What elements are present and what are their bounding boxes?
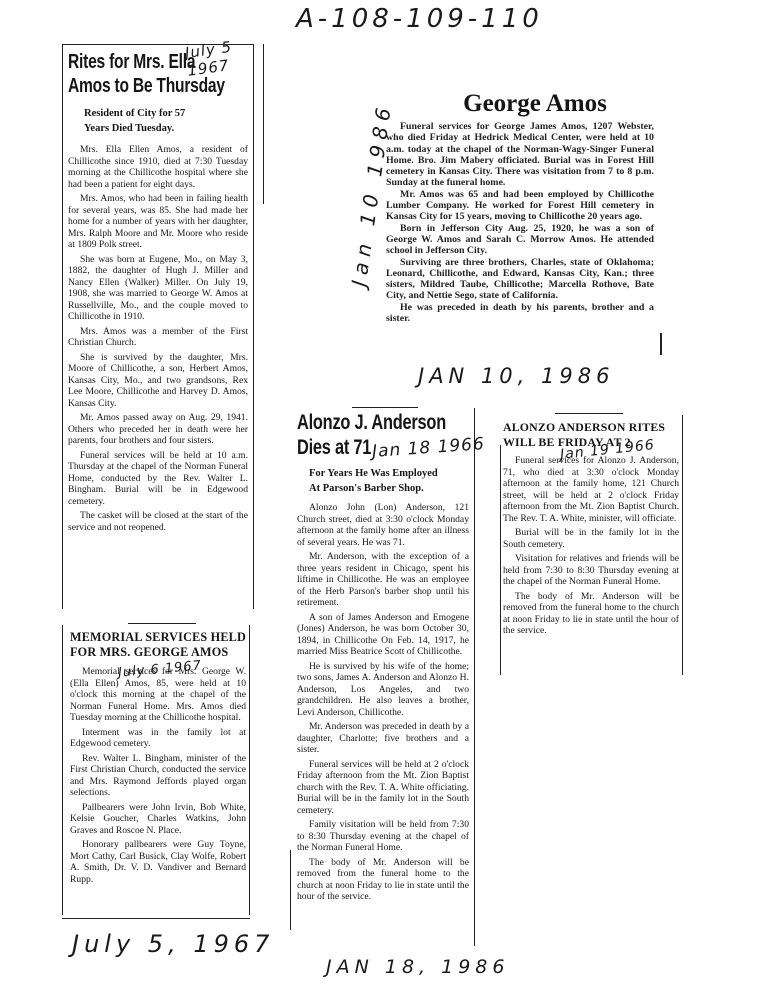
clip-border-left — [290, 850, 291, 930]
handwritten-date-ella-bottom: July 5, 1967 — [72, 930, 274, 958]
george-amos-paragraph: Mr. Amos was 65 and had been employed by… — [386, 189, 654, 223]
george-amos-clipping: George Amos Funeral services for George … — [386, 90, 654, 324]
alonzo-paragraph: A son of James Anderson and Emogene (Jon… — [297, 612, 469, 658]
alonzo-paragraph: Funeral services will be held at 2 o'clo… — [297, 759, 469, 817]
memorial-paragraph: Pallbearers were John Irvin, Bob White, … — [70, 802, 246, 837]
handwritten-date-george-bottom: JAN 10, 1986 — [418, 364, 614, 388]
clip-border-right — [253, 44, 254, 609]
clip-border-right — [249, 625, 250, 915]
ella-rites-paragraph: Mrs. Ella Ellen Amos, a resident of Chil… — [68, 144, 248, 190]
page-annotation: A-108-109-110 — [296, 4, 543, 34]
alonzo-rites-headline-1: ALONZO ANDERSON RITES — [503, 420, 679, 435]
ella-rites-paragraph: The casket will be closed at the start o… — [68, 510, 248, 533]
clip-divider — [555, 413, 623, 414]
clip-border-left — [62, 44, 63, 609]
ella-rites-subhead: Resident of City for 57 Years Died Tuesd… — [84, 106, 248, 136]
alonzo-paragraph: Family visitation will be held from 7:30… — [297, 819, 469, 854]
alonzo-rites-paragraph: The body of Mr. Anderson will be removed… — [503, 591, 679, 637]
ella-rites-clipping: Rites for Mrs. Ella Amos to Be Thursday … — [68, 50, 248, 536]
alonzo-rites-paragraph: Burial will be in the family lot in the … — [503, 527, 679, 550]
clip-border-right — [474, 408, 475, 946]
clip-border-left — [62, 625, 63, 915]
memorial-paragraph: Honorary pallbearers were Guy Toyne, Mor… — [70, 839, 246, 885]
alonzo-rites-paragraph: Visitation for relatives and friends wil… — [503, 553, 679, 588]
memorial-paragraph: Interment was in the family lot at Edgew… — [70, 727, 246, 750]
memorial-paragraph: Rev. Walter L. Bingham, minister of the … — [70, 753, 246, 799]
george-amos-paragraph: Born in Jefferson City Aug. 25, 1920, he… — [386, 223, 654, 257]
george-amos-paragraph: Funeral services for George James Amos, … — [386, 121, 654, 189]
ella-rites-paragraph: Mrs. Amos, who had been in failing healt… — [68, 193, 248, 251]
alonzo-subhead-line-1: For Years He Was Employed — [309, 466, 469, 481]
ella-rites-paragraph: She is survived by the daughter, Mrs. Mo… — [68, 352, 248, 410]
alonzo-subhead: For Years He Was Employed At Parson's Ba… — [309, 466, 469, 496]
clip-border-left — [500, 445, 501, 675]
george-amos-paragraph: He was preceded in death by his parents,… — [386, 302, 654, 325]
ella-rites-subhead-line-1: Resident of City for 57 — [84, 106, 248, 121]
george-amos-headline: George Amos — [416, 90, 654, 118]
ella-rites-headline-2: Amos to Be Thursday — [68, 74, 208, 98]
alonzo-clipping: Alonzo J. Anderson Dies at 71 For Years … — [297, 410, 469, 906]
alonzo-rites-paragraph: Funeral services for Alonzo J. Anderson,… — [503, 455, 679, 524]
memorial-headline-1: MEMORIAL SERVICES HELD — [70, 630, 246, 645]
clip-border-right — [682, 415, 683, 675]
alonzo-paragraph: He is survived by his wife of the home; … — [297, 661, 469, 719]
alonzo-paragraph: Mr. Anderson was preceded in death by a … — [297, 721, 469, 756]
handwritten-date-george-side: Jan 10 1986 — [347, 136, 392, 288]
ella-rites-paragraph: Mrs. Amos was a member of the First Chri… — [68, 326, 248, 349]
ella-rites-paragraph: Mr. Amos passed away on Aug. 29, 1941. O… — [68, 412, 248, 447]
memorial-headline-2: FOR MRS. GEORGE AMOS — [70, 645, 246, 660]
alonzo-paragraph: Alonzo John (Lon) Anderson, 121 Church s… — [297, 502, 469, 548]
ella-rites-subhead-line-2: Years Died Tuesday. — [84, 121, 248, 136]
clip-border-bottom — [62, 918, 250, 919]
alonzo-subhead-line-2: At Parson's Barber Shop. — [309, 481, 469, 496]
alonzo-headline-1: Alonzo J. Anderson — [297, 410, 431, 435]
clip-edge-mark — [660, 333, 662, 355]
neighbor-clip-edge — [263, 44, 264, 204]
george-amos-paragraph: Surviving are three brothers, Charles, s… — [386, 257, 654, 302]
alonzo-paragraph: Mr. Anderson, with the exception of a th… — [297, 551, 469, 609]
clip-divider — [128, 623, 196, 624]
handwritten-date-alonzo-bottom: JAN 18, 1986 — [326, 956, 509, 978]
ella-rites-paragraph: She was born at Eugene, Mo., on May 3, 1… — [68, 254, 248, 323]
ella-rites-paragraph: Funeral services will be held at 10 a.m.… — [68, 450, 248, 508]
clip-divider — [352, 407, 418, 408]
alonzo-paragraph: The body of Mr. Anderson will be removed… — [297, 857, 469, 903]
